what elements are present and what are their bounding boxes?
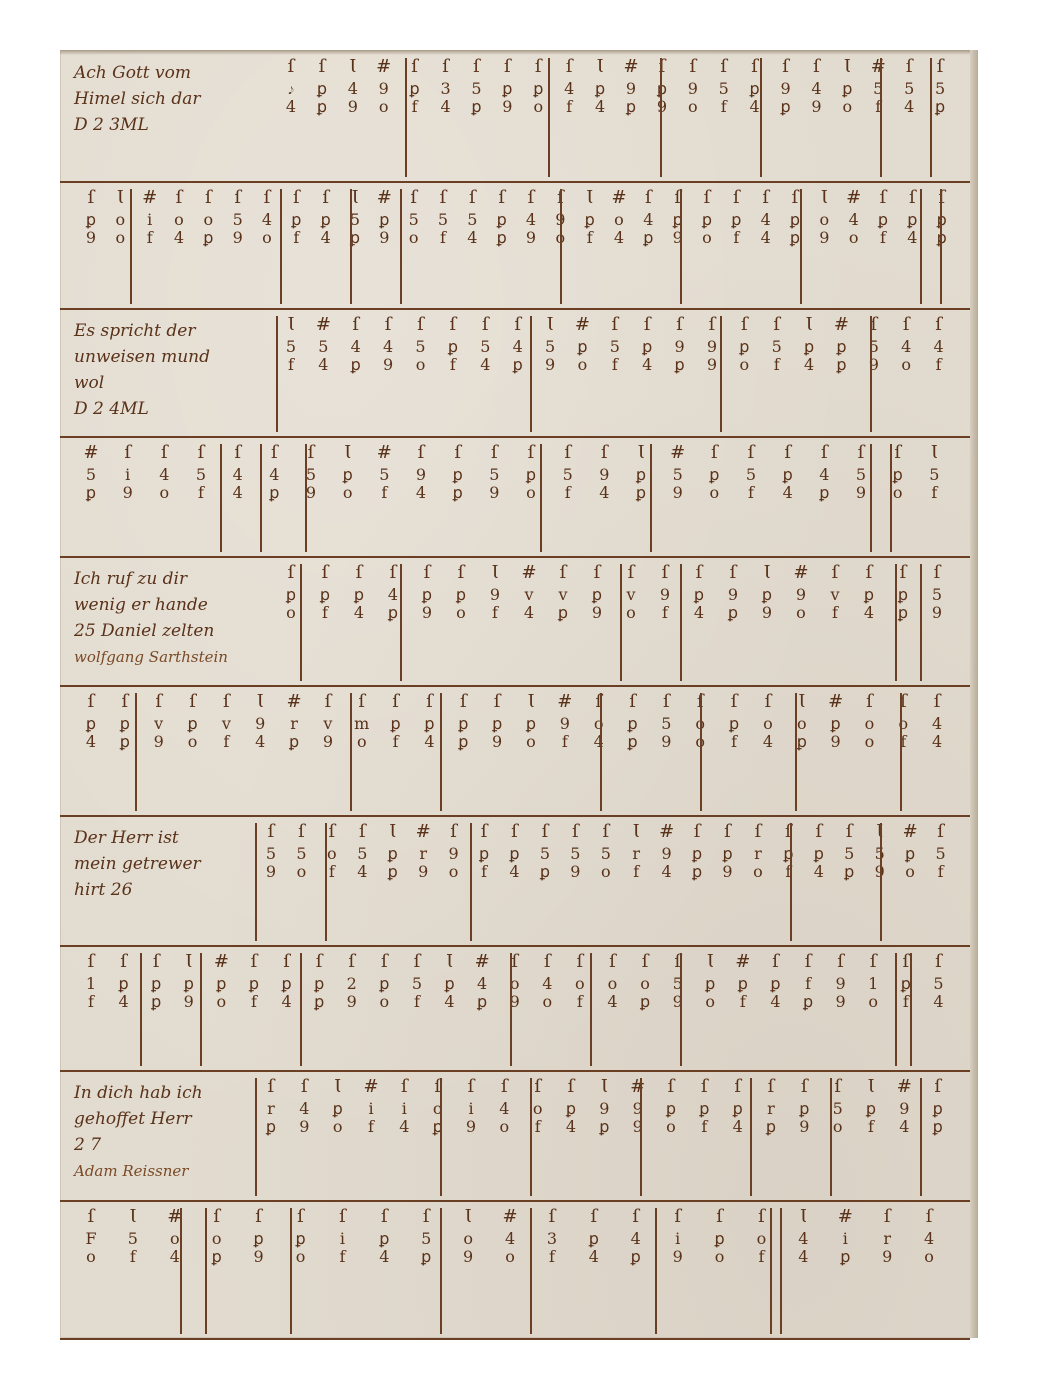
rhythm-flag-icon: ſ (926, 564, 948, 586)
tab-letter: 5 (465, 80, 487, 98)
tab-letter: 9 (416, 604, 438, 622)
tab-letter: f (80, 993, 102, 1011)
tab-letter: 4 (345, 338, 367, 356)
tab-letter: 5 (483, 466, 505, 484)
barline (880, 58, 882, 177)
tab-letter: 9 (722, 586, 744, 604)
tab-letter: 5 (667, 466, 689, 484)
tab-letter: 4 (227, 484, 249, 502)
tab-chord: ſ49 (377, 316, 399, 374)
rhythm-flag-icon: ſ (527, 58, 549, 80)
tab-chord: ſꝑo (280, 564, 302, 622)
rhythm-flag-icon: ſ (280, 58, 302, 80)
tab-chord: ſꝑ4 (764, 953, 786, 1011)
tab-letter: r (412, 845, 434, 863)
tab-chord: ſꝑo (709, 1208, 731, 1266)
tab-letter: ꝑ (348, 586, 370, 604)
tab-letter: ꝑ (373, 1230, 395, 1248)
barline (300, 953, 302, 1066)
title-line: 25 Daniel zelten (74, 618, 274, 644)
barline (560, 189, 562, 304)
tab-chord: ſꝑf (473, 823, 495, 881)
barline (510, 953, 512, 1066)
tablature-system: In dich hab ichgehoffet Herr2 7Adam Reis… (60, 1070, 970, 1202)
tab-chord: ſꝑf (872, 189, 894, 247)
tab-letter: m (351, 715, 373, 733)
rhythm-flag-icon: ſ (493, 1078, 515, 1100)
tab-chord: ſꝑf (314, 564, 336, 622)
barline (830, 1078, 832, 1196)
tab-letter: 5 (403, 211, 425, 229)
tab-chord: ſꝑꝑ (114, 693, 136, 751)
barline (895, 953, 897, 1066)
tab-chord: Ɩꝑf (579, 189, 601, 247)
tab-letter: o (109, 229, 131, 247)
tab-letter: ꝑ (382, 863, 404, 881)
tab-letter: f (442, 356, 464, 374)
barline (890, 444, 892, 552)
tab-letter: 9 (300, 484, 322, 502)
tab-letter: f (777, 863, 799, 881)
tab-chord: ſꝑf (725, 189, 747, 247)
tab-chord: ſꝑ4 (583, 1208, 605, 1266)
tab-letter: ꝑ (285, 211, 307, 229)
tab-chord: ſ5f (930, 823, 952, 881)
tab-chord: ſ9o (443, 823, 465, 881)
tab-chord: ſ9f (654, 564, 676, 622)
tab-letter: 9 (926, 604, 948, 622)
tab-letter: o (527, 98, 549, 116)
tab-letter: 9 (656, 845, 678, 863)
tab-letter: f (406, 993, 428, 1011)
tab-chord: ſ59 (227, 189, 249, 247)
tab-letter: o (918, 1248, 940, 1266)
tab-letter: f (725, 229, 747, 247)
rhythm-flag-icon: # (518, 564, 540, 586)
tab-chord: ſꝑ9 (717, 823, 739, 881)
tab-letter: ꝑ (723, 715, 745, 733)
rhythm-flag-icon: Ɩ (439, 953, 461, 975)
rhythm-flag-icon: ſ (300, 444, 322, 466)
tab-letter: 4 (727, 1118, 749, 1136)
tab-chord: ſ54 (461, 189, 483, 247)
tab-letter: 9 (496, 98, 518, 116)
tab-letter: i (117, 466, 139, 484)
tab-chord: ſ4ꝑ (637, 189, 659, 247)
rhythm-flag-icon: ſ (620, 564, 642, 586)
rhythm-flag-icon: ſ (263, 444, 285, 466)
rhythm-flag-icon: ſ (145, 953, 167, 975)
tab-letter: 9 (249, 715, 271, 733)
rhythm-flag-icon: ſ (727, 1078, 749, 1100)
barline (620, 564, 622, 681)
tab-letter: o (536, 993, 558, 1011)
tab-letter: ꝑ (344, 229, 366, 247)
tab-letter: 4 (813, 466, 835, 484)
tab-letter: ꝑ (427, 1118, 449, 1136)
rhythm-flag-icon: ſ (80, 693, 102, 715)
rhythm-flag-icon: # (867, 58, 889, 80)
tab-chord: ſꝑ9 (80, 189, 102, 247)
rhythm-flag-icon: ſ (373, 1208, 395, 1230)
tab-letter: 5 (415, 1230, 437, 1248)
tab-letter: ꝑ (860, 1100, 882, 1118)
tab-letter: o (351, 733, 373, 751)
tab-letter: r (283, 715, 305, 733)
tab-letter: o (757, 715, 779, 733)
title-line: wol (74, 370, 274, 396)
tab-letter: o (843, 229, 865, 247)
tab-letter: 4 (256, 211, 278, 229)
tab-letter: o (862, 993, 884, 1011)
rhythm-flag-icon: Ɩ (539, 316, 561, 338)
rhythm-flag-icon: ſ (427, 1078, 449, 1100)
barline (540, 444, 542, 552)
tab-chord: ſꝑ9 (586, 564, 608, 622)
tab-letter: ꝑ (777, 466, 799, 484)
rhythm-flag-icon: ſ (153, 444, 175, 466)
tab-letter: ꝑ (308, 993, 330, 1011)
rhythm-flag-icon: ſ (341, 953, 363, 975)
tab-letter: f (215, 733, 237, 751)
tab-chord: #ꝑ9 (825, 693, 847, 751)
rhythm-flag-icon: # (899, 823, 921, 845)
tab-letter: o (836, 98, 858, 116)
tab-chord: ſ4f (928, 316, 950, 374)
tab-letter: ꝑ (260, 1118, 282, 1136)
tab-letter: r (625, 845, 647, 863)
rhythm-flag-icon: ſ (276, 953, 298, 975)
tab-letter: 9 (457, 1248, 479, 1266)
tab-letter: 9 (554, 715, 576, 733)
tab-letter: o (620, 604, 642, 622)
rhythm-flag-icon: ſ (755, 189, 777, 211)
barline (780, 1208, 782, 1334)
tab-letter: f (190, 484, 212, 502)
tab-letter: 4 (893, 1118, 915, 1136)
tab-letter: 4 (461, 229, 483, 247)
tab-letter: o (206, 1230, 228, 1248)
tab-letter: 9 (620, 80, 642, 98)
tab-chord: ſmo (351, 693, 373, 751)
tab-chord: #if (139, 189, 161, 247)
rhythm-flag-icon: ſ (504, 953, 526, 975)
rhythm-flag-icon: ſ (410, 444, 432, 466)
tab-letter: o (790, 604, 812, 622)
rhythm-flag-icon: ſ (682, 58, 704, 80)
tab-letter: ꝑ (80, 484, 102, 502)
tab-letter: f (554, 733, 576, 751)
tab-letter: ꝑ (473, 845, 495, 863)
rhythm-flag-icon: # (471, 953, 493, 975)
tab-letter: f (723, 733, 745, 751)
tab-letter: ꝑ (248, 1230, 270, 1248)
tab-chord: ſ5ꝑ (465, 58, 487, 116)
tab-chord: Ɩꝑ4 (589, 58, 611, 116)
barline (135, 693, 137, 811)
tab-letter: ꝑ (496, 80, 518, 98)
tab-letter: ꝑ (197, 229, 219, 247)
tab-chord: ſ4o (918, 1208, 940, 1266)
rhythm-flag-icon: ſ (740, 444, 762, 466)
tab-letter: 9 (460, 1118, 482, 1136)
tab-letter: f (892, 733, 914, 751)
tab-letter: f (432, 229, 454, 247)
title-line: Himel sich dar (74, 86, 274, 112)
tab-letter: 1 (80, 975, 102, 993)
tab-chord: Ɩrf (625, 823, 647, 881)
rhythm-flag-icon: # (210, 953, 232, 975)
tab-chord: Ɩꝑꝑ (630, 444, 652, 502)
barline (900, 693, 902, 811)
tab-letter: ꝑ (80, 715, 102, 733)
tab-letter: 9 (342, 98, 364, 116)
rhythm-flag-icon: ſ (227, 444, 249, 466)
tab-letter: ꝑ (527, 80, 549, 98)
tab-letter: 4 (560, 1118, 582, 1136)
rhythm-flag-icon: ſ (435, 58, 457, 80)
tab-chord: ſ5o (290, 823, 312, 881)
title-line: wenig er hande (74, 592, 274, 618)
tab-letter: 5 (923, 466, 945, 484)
rhythm-flag-icon: ſ (564, 823, 586, 845)
barline (255, 823, 257, 941)
tab-chord: #5ꝑ (80, 444, 102, 502)
tab-letter: 4 (792, 1248, 814, 1266)
rhythm-flag-icon: ſ (858, 693, 880, 715)
barline (530, 1208, 532, 1334)
rhythm-flag-icon: ſ (569, 953, 591, 975)
tab-chord: #o4 (164, 1208, 186, 1266)
tab-letter: f (860, 1118, 882, 1136)
rhythm-flag-icon: ſ (777, 823, 799, 845)
tab-letter: 5 (410, 338, 432, 356)
title-line: Ach Gott vom (74, 60, 274, 86)
tab-letter: ꝑ (630, 484, 652, 502)
rhythm-flag-icon: ſ (722, 564, 744, 586)
rhythm-flag-icon: ſ (558, 58, 580, 80)
rhythm-flag-icon: Ɩ (344, 189, 366, 211)
title-line: unweisen mund (74, 344, 274, 370)
tab-letter: 4 (636, 356, 658, 374)
rhythm-flag-icon: ſ (858, 564, 880, 586)
tab-letter: 4 (373, 1248, 395, 1266)
rhythm-flag-icon: ſ (636, 316, 658, 338)
tab-letter: 9 (717, 863, 739, 881)
tab-letter: 5 (863, 338, 885, 356)
tab-letter: ꝑ (114, 715, 136, 733)
tab-letter: 9 (790, 586, 812, 604)
tab-letter: o (182, 733, 204, 751)
rhythm-flag-icon: ſ (260, 823, 282, 845)
barline (870, 444, 872, 552)
tab-letter: ꝑ (717, 845, 739, 863)
rhythm-flag-icon: ſ (655, 693, 677, 715)
rhythm-flag-icon: ſ (410, 316, 432, 338)
barline (405, 58, 407, 177)
tab-letter: ꝑ (688, 586, 710, 604)
tab-letter: ꝑ (520, 715, 542, 733)
tab-chord: #ꝑo (571, 316, 593, 374)
tab-chord: Ɩꝑ4 (798, 316, 820, 374)
tab-letter: 4 (808, 863, 830, 881)
tab-letter: 4 (583, 1248, 605, 1266)
tab-letter: 4 (113, 993, 135, 1011)
tab-letter: 4 (593, 484, 615, 502)
tab-chord: ſ9ꝑ (775, 58, 797, 116)
rhythm-flag-icon: ſ (766, 316, 788, 338)
tab-letter: ꝑ (373, 975, 395, 993)
tab-letter: o (747, 863, 769, 881)
tab-letter: 9 (627, 1100, 649, 1118)
tab-letter: i (331, 1230, 353, 1248)
tab-letter: ꝑ (808, 845, 830, 863)
tab-letter: 5 (344, 211, 366, 229)
tab-letter: 9 (876, 1248, 898, 1266)
tab-letter: ꝑ (872, 211, 894, 229)
tab-letter: o (858, 733, 880, 751)
tab-letter: o (493, 1118, 515, 1136)
rhythm-flag-icon: Ɩ (249, 693, 271, 715)
tab-letter: 9 (484, 586, 506, 604)
tablature-notation: ſFoƖ5f#o4ſoꝑſꝑ9ſꝑoſifſꝑ4ſ5ꝑƖo9#4oſ3fſꝑ4ſ… (80, 1208, 960, 1332)
tab-letter: 2 (341, 975, 363, 993)
tab-letter: 5 (930, 845, 952, 863)
tab-letter: 9 (178, 993, 200, 1011)
tab-letter: 9 (627, 1118, 649, 1136)
barline (660, 58, 662, 177)
tab-chord: Ɩ5f (923, 444, 945, 502)
rhythm-flag-icon: ſ (377, 316, 399, 338)
tab-letter: 4 (926, 715, 948, 733)
tab-chord: ſꝑf (895, 953, 917, 1011)
barline (760, 58, 762, 177)
title-line: Der Herr ist (74, 825, 274, 851)
tab-letter: v (215, 715, 237, 733)
rhythm-flag-icon: ſ (415, 1208, 437, 1230)
tab-letter: 4 (164, 1248, 186, 1266)
tab-letter: ꝑ (703, 466, 725, 484)
tab-letter: f (331, 1248, 353, 1266)
tab-chord: #4o (499, 1208, 521, 1266)
rhythm-flag-icon: ſ (503, 823, 525, 845)
rhythm-flag-icon: ſ (805, 58, 827, 80)
tab-letter: 5 (227, 211, 249, 229)
tab-letter: ꝑ (927, 1100, 949, 1118)
tab-chord: ſꝑo (373, 953, 395, 1011)
tab-letter: 5 (432, 211, 454, 229)
rhythm-flag-icon: ſ (206, 1208, 228, 1230)
tab-letter: 9 (756, 604, 778, 622)
tab-letter: ꝑ (447, 466, 469, 484)
tab-chord: #54 (312, 316, 334, 374)
tab-letter: 5 (557, 466, 579, 484)
tab-letter: 4 (764, 993, 786, 1011)
tab-letter: f (139, 229, 161, 247)
piece-title: Der Herr istmein getrewerhirt 26 (74, 825, 274, 903)
rhythm-flag-icon: ſ (688, 564, 710, 586)
tab-letter: 5 (280, 338, 302, 356)
tab-chord: ſ4o (153, 444, 175, 502)
rhythm-flag-icon: ſ (290, 823, 312, 845)
tab-chord: #ꝑꝑ (830, 316, 852, 374)
tab-letter: ꝑ (80, 211, 102, 229)
tab-letter: 4 (656, 863, 678, 881)
tab-letter: ꝑ (579, 211, 601, 229)
tab-letter: 4 (798, 356, 820, 374)
piece-title: In dich hab ichgehoffet Herr2 7Adam Reis… (74, 1080, 274, 1184)
tab-letter: o (373, 993, 395, 1011)
tab-letter: 4 (625, 1230, 647, 1248)
barline (790, 823, 792, 941)
tab-chord: #59 (667, 444, 689, 502)
tab-letter: ꝑ (589, 80, 611, 98)
tab-chord: Ɩ5f (122, 1208, 144, 1266)
tablature-system: ſꝑ9Ɩoo#ifſo4ſoꝑſ59ſ4oſꝑfſꝑ4Ɩ5ꝑ#ꝑ9ſ5oſ5fſ… (60, 181, 970, 310)
tab-letter: ꝑ (620, 98, 642, 116)
tab-chord: ſ49 (520, 189, 542, 247)
tab-letter: 9 (654, 586, 676, 604)
barline (440, 1078, 442, 1196)
tab-chord: ſꝑ4 (858, 564, 880, 622)
tab-chord: ſꝑ4 (503, 823, 525, 881)
tab-letter: F (80, 1230, 102, 1248)
rhythm-flag-icon: ſ (757, 693, 779, 715)
rhythm-flag-icon: ſ (709, 1208, 731, 1230)
tab-letter: 5 (534, 845, 556, 863)
rhythm-flag-icon: # (373, 58, 395, 80)
tab-chord: Ɩ94 (249, 693, 271, 751)
tab-letter: 4 (926, 733, 948, 751)
tab-letter: ꝑ (178, 975, 200, 993)
rhythm-flag-icon: ſ (406, 953, 428, 975)
tab-chord: ſ4o (536, 953, 558, 1011)
rhythm-flag-icon: ſ (280, 564, 302, 586)
rhythm-flag-icon: ſ (667, 953, 689, 975)
tab-letter: ꝑ (552, 604, 574, 622)
rhythm-flag-icon: ſ (622, 693, 644, 715)
tab-chord: ſ44 (755, 189, 777, 247)
rhythm-flag-icon: # (790, 564, 812, 586)
rhythm-flag-icon: ſ (80, 1208, 102, 1230)
tab-chord: ſꝑ4 (808, 823, 830, 881)
tab-letter: 9 (520, 229, 542, 247)
tab-chord: ſ9ꝑ (722, 564, 744, 622)
tab-letter: v (552, 586, 574, 604)
tab-letter: ꝑ (534, 863, 556, 881)
barline (870, 316, 872, 432)
tab-chord: #4o (843, 189, 865, 247)
tab-letter: ꝑ (838, 863, 860, 881)
tab-letter: ꝑ (667, 211, 689, 229)
tab-letter: 4 (843, 211, 865, 229)
rhythm-flag-icon: ſ (928, 316, 950, 338)
tab-chord: ſvꝑ (552, 564, 574, 622)
tab-letter: ꝑ (520, 466, 542, 484)
tab-letter: 5 (604, 338, 626, 356)
manuscript-page: Ach Gott vomHimel sich darD 2 3MLſ𝆕4ſꝑꝑƖ… (60, 50, 978, 1338)
tab-chord: ſ5ꝑ (929, 58, 951, 116)
rhythm-flag-icon: ſ (713, 58, 735, 80)
tab-chord: ſ59 (863, 316, 885, 374)
title-line: D 2 4ML (74, 396, 274, 422)
tab-letter: 4 (558, 80, 580, 98)
tab-letter: f (541, 1248, 563, 1266)
tab-letter: 9 (793, 1118, 815, 1136)
tab-letter: f (625, 863, 647, 881)
rhythm-flag-icon: ſ (824, 564, 846, 586)
tab-letter: 9 (593, 1100, 615, 1118)
